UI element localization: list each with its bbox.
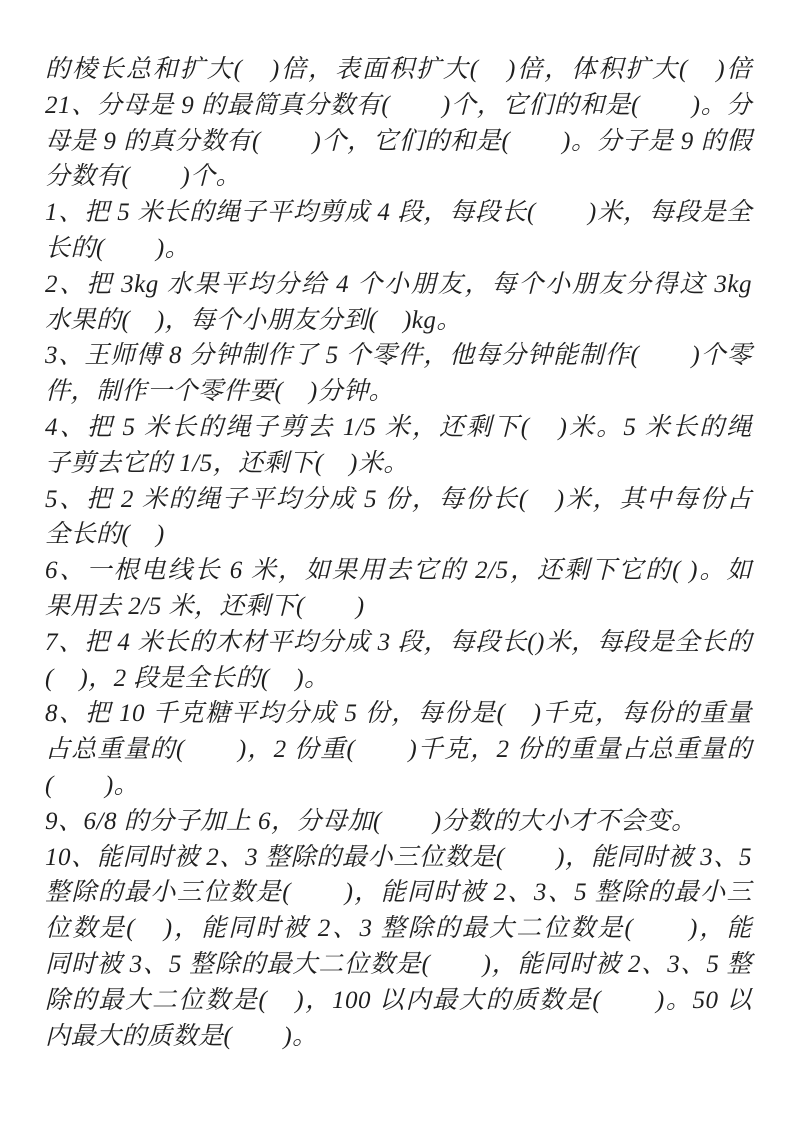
worksheet-line: 占总重量的( )，2 份重( )千克，2 份的重量占总重量的 <box>45 732 752 768</box>
worksheet-line: 5、把 2 米的绳子平均分成 5 份，每份长( )米，其中每份占 <box>45 482 752 518</box>
worksheet-page: 的棱长总和扩大( )倍，表面积扩大( )倍，体积扩大( )倍 21、分母是 9 … <box>0 0 793 1122</box>
worksheet-line: 4、把 5 米长的绳子剪去 1/5 米，还剩下( )米。5 米长的绳 <box>45 410 752 446</box>
worksheet-line: 的棱长总和扩大( )倍，表面积扩大( )倍，体积扩大( )倍 <box>45 52 752 88</box>
worksheet-line: 子剪去它的 1/5，还剩下( )米。 <box>45 446 752 482</box>
worksheet-line: 1、把 5 米长的绳子平均剪成 4 段，每段长( )米，每段是全 <box>45 195 752 231</box>
worksheet-line: 7、把 4 米长的木材平均分成 3 段，每段长()米，每段是全长的 <box>45 625 752 661</box>
worksheet-line: 水果的( )，每个小朋友分到( )kg。 <box>45 303 752 339</box>
worksheet-line: ( )，2 段是全长的( )。 <box>45 661 752 697</box>
worksheet-line: 10、能同时被 2、3 整除的最小三位数是( )，能同时被 3、5 <box>45 840 752 876</box>
worksheet-line: 6、一根电线长 6 米，如果用去它的 2/5，还剩下它的( )。如 <box>45 553 752 589</box>
worksheet-line: 9、6/8 的分子加上 6，分母加( )分数的大小才不会变。 <box>45 804 752 840</box>
worksheet-line: 件，制作一个零件要( )分钟。 <box>45 374 752 410</box>
worksheet-line: ( )。 <box>45 768 752 804</box>
worksheet-line: 2、把 3kg 水果平均分给 4 个小朋友，每个小朋友分得这 3kg <box>45 267 752 303</box>
worksheet-line: 全长的( ) <box>45 517 752 553</box>
worksheet-line: 位数是( )，能同时被 2、3 整除的最大二位数是( )，能 <box>45 911 752 947</box>
worksheet-line: 果用去 2/5 米，还剩下( ) <box>45 589 752 625</box>
worksheet-line: 整除的最小三位数是( )，能同时被 2、3、5 整除的最小三 <box>45 875 752 911</box>
worksheet-line: 同时被 3、5 整除的最大二位数是( )，能同时被 2、3、5 整 <box>45 947 752 983</box>
worksheet-line: 3、王师傅 8 分钟制作了 5 个零件，他每分钟能制作( )个零 <box>45 338 752 374</box>
worksheet-line: 8、把 10 千克糖平均分成 5 份，每份是( )千克，每份的重量 <box>45 696 752 732</box>
worksheet-line: 分数有( )个。 <box>45 159 752 195</box>
worksheet-line: 内最大的质数是( )。 <box>45 1019 752 1055</box>
worksheet-line: 长的( )。 <box>45 231 752 267</box>
worksheet-line: 母是 9 的真分数有( )个，它们的和是( )。分子是 9 的假 <box>45 124 752 160</box>
worksheet-line: 21、分母是 9 的最简真分数有( )个，它们的和是( )。分 <box>45 88 752 124</box>
worksheet-line: 除的最大二位数是( )，100 以内最大的质数是( )。50 以 <box>45 983 752 1019</box>
